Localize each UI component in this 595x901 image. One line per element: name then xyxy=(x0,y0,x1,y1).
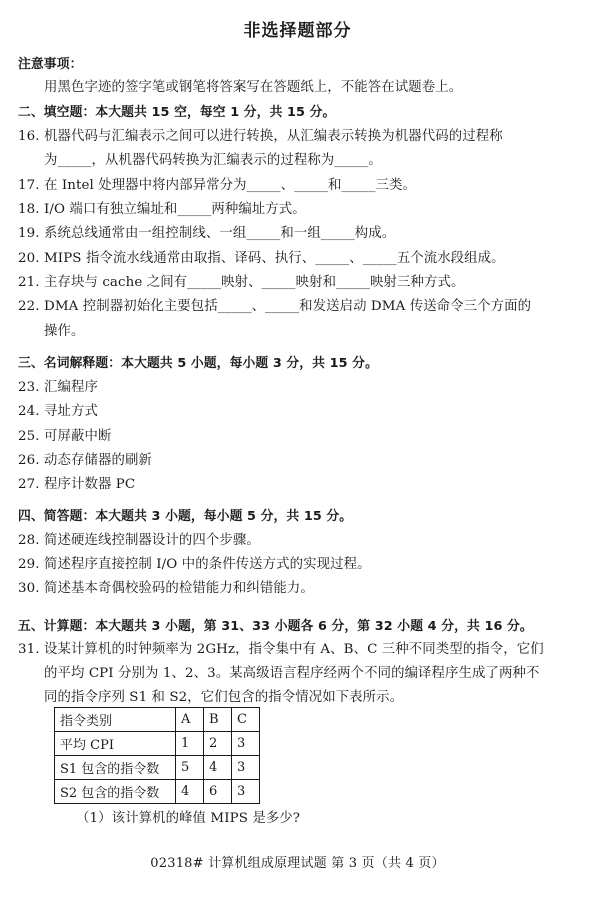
question-31-cont-1: 的平均 CPI 分别为 1、2、3。某高级语言程序经两个不同的编译程序生成了两种… xyxy=(44,665,539,683)
section-heading-short-answer: 四、简答题：本大题共 3 小题，每小题 5 分，共 15 分。 xyxy=(18,508,352,526)
instruction-table: 指令类别 A B C 平均 CPI 1 2 3 S1 包含的指令数 5 4 3 … xyxy=(54,707,260,804)
question-number: 27. xyxy=(18,476,44,494)
question-25: 25.可屏蔽中断 xyxy=(18,428,111,446)
notice-heading: 注意事项： xyxy=(18,56,82,74)
table-cell: 1 xyxy=(176,732,204,756)
question-24: 24.寻址方式 xyxy=(18,403,98,421)
question-20: 20.MIPS 指令流水线通常由取指、译码、执行、_____、_____五个流水… xyxy=(18,250,505,268)
question-text: 设某计算机的时钟频率为 2GHz，指令集中有 A、B、C 三种不同类型的指令，它… xyxy=(44,642,544,657)
question-number: 28. xyxy=(18,532,44,550)
question-number: 23. xyxy=(18,379,44,397)
question-30: 30.简述基本奇偶校验码的检错能力和纠错能力。 xyxy=(18,580,314,598)
question-number: 24. xyxy=(18,403,44,421)
question-22: 22.DMA 控制器初始化主要包括_____、_____和发送启动 DMA 传送… xyxy=(18,298,531,316)
table-cell: 5 xyxy=(176,756,204,780)
table-header-cell: 指令类别 xyxy=(55,708,176,732)
question-number: 16. xyxy=(18,128,44,146)
question-text: 汇编程序 xyxy=(44,380,98,395)
question-number: 17. xyxy=(18,177,44,195)
table-cell: 3 xyxy=(232,780,260,804)
question-text: 动态存储器的刷新 xyxy=(44,453,152,468)
notice-text: 用黑色字迹的签字笔或钢笔将答案写在答题纸上，不能答在试题卷上。 xyxy=(44,79,462,97)
question-text: 机器代码与汇编表示之间可以进行转换，从汇编表示转换为机器代码的过程称 xyxy=(44,129,503,144)
question-19: 19.系统总线通常由一组控制线、一组_____和一组_____构成。 xyxy=(18,225,395,243)
question-23: 23.汇编程序 xyxy=(18,379,98,397)
table-cell: 3 xyxy=(232,756,260,780)
question-text: 系统总线通常由一组控制线、一组_____和一组_____构成。 xyxy=(44,226,395,241)
question-22-cont: 操作。 xyxy=(44,323,84,341)
question-text: 主存块与 cache 之间有_____映射、_____映射和_____映射三种方… xyxy=(44,275,465,290)
section-heading-terms: 三、名词解释题：本大题共 5 小题，每小题 3 分，共 15 分。 xyxy=(18,355,378,373)
question-text: 在 Intel 处理器中将内部异常分为_____、_____和_____三类。 xyxy=(44,178,416,193)
subquestion-1: （1）该计算机的峰值 MIPS 是多少? xyxy=(76,810,300,828)
question-18: 18.I/O 端口有独立编址和_____两种编址方式。 xyxy=(18,201,306,219)
question-number: 18. xyxy=(18,201,44,219)
table-row: S1 包含的指令数 5 4 3 xyxy=(55,756,260,780)
exam-page: 非选择题部分 注意事项： 用黑色字迹的签字笔或钢笔将答案写在答题纸上，不能答在试… xyxy=(0,0,595,901)
page-footer: 02318# 计算机组成原理试题 第 3 页（共 4 页） xyxy=(0,852,595,871)
table-row: 平均 CPI 1 2 3 xyxy=(55,732,260,756)
table-row: S2 包含的指令数 4 6 3 xyxy=(55,780,260,804)
question-text: 简述程序直接控制 I/O 中的条件传送方式的实现过程。 xyxy=(44,557,371,572)
table-cell: S2 包含的指令数 xyxy=(55,780,176,804)
question-28: 28.简述硬连线控制器设计的四个步骤。 xyxy=(18,532,260,550)
table-header-row: 指令类别 A B C xyxy=(55,708,260,732)
question-text: MIPS 指令流水线通常由取指、译码、执行、_____、_____五个流水段组成… xyxy=(44,251,505,266)
question-number: 29. xyxy=(18,556,44,574)
section-heading-fill-blank: 二、填空题：本大题共 15 空，每空 1 分，共 15 分。 xyxy=(18,104,335,122)
question-number: 22. xyxy=(18,298,44,316)
question-27: 27.程序计数器 PC xyxy=(18,476,135,494)
question-number: 21. xyxy=(18,274,44,292)
table-cell: S1 包含的指令数 xyxy=(55,756,176,780)
question-number: 30. xyxy=(18,580,44,598)
table-header-cell: C xyxy=(232,708,260,732)
question-text: 简述基本奇偶校验码的检错能力和纠错能力。 xyxy=(44,581,314,596)
question-number: 25. xyxy=(18,428,44,446)
question-number: 26. xyxy=(18,452,44,470)
page-title: 非选择题部分 xyxy=(0,16,595,41)
question-text: 程序计数器 PC xyxy=(44,477,135,492)
question-text: 寻址方式 xyxy=(44,404,98,419)
table-header-cell: A xyxy=(176,708,204,732)
question-21: 21.主存块与 cache 之间有_____映射、_____映射和_____映射… xyxy=(18,274,465,292)
question-text: I/O 端口有独立编址和_____两种编址方式。 xyxy=(44,202,306,217)
question-text: 简述硬连线控制器设计的四个步骤。 xyxy=(44,533,260,548)
table-cell: 3 xyxy=(232,732,260,756)
question-31-cont-2: 同的指令序列 S1 和 S2，它们包含的指令情况如下表所示。 xyxy=(44,689,403,707)
table-cell: 4 xyxy=(176,780,204,804)
question-number: 31. xyxy=(18,641,44,659)
question-16: 16.机器代码与汇编表示之间可以进行转换，从汇编表示转换为机器代码的过程称 xyxy=(18,128,503,146)
table-cell: 6 xyxy=(204,780,232,804)
table-header-cell: B xyxy=(204,708,232,732)
question-31: 31.设某计算机的时钟频率为 2GHz，指令集中有 A、B、C 三种不同类型的指… xyxy=(18,641,544,659)
question-17: 17.在 Intel 处理器中将内部异常分为_____、_____和_____三… xyxy=(18,177,416,195)
question-text: DMA 控制器初始化主要包括_____、_____和发送启动 DMA 传送命令三… xyxy=(44,299,531,314)
table-cell: 平均 CPI xyxy=(55,732,176,756)
table-cell: 2 xyxy=(204,732,232,756)
question-number: 20. xyxy=(18,250,44,268)
question-16-cont: 为_____，从机器代码转换为汇编表示的过程称为_____。 xyxy=(44,152,382,170)
table-cell: 4 xyxy=(204,756,232,780)
section-heading-calculation: 五、计算题：本大题共 3 小题，第 31、33 小题各 6 分，第 32 小题 … xyxy=(18,618,533,636)
question-26: 26.动态存储器的刷新 xyxy=(18,452,152,470)
question-text: 可屏蔽中断 xyxy=(44,429,111,444)
question-number: 19. xyxy=(18,225,44,243)
question-29: 29.简述程序直接控制 I/O 中的条件传送方式的实现过程。 xyxy=(18,556,371,574)
